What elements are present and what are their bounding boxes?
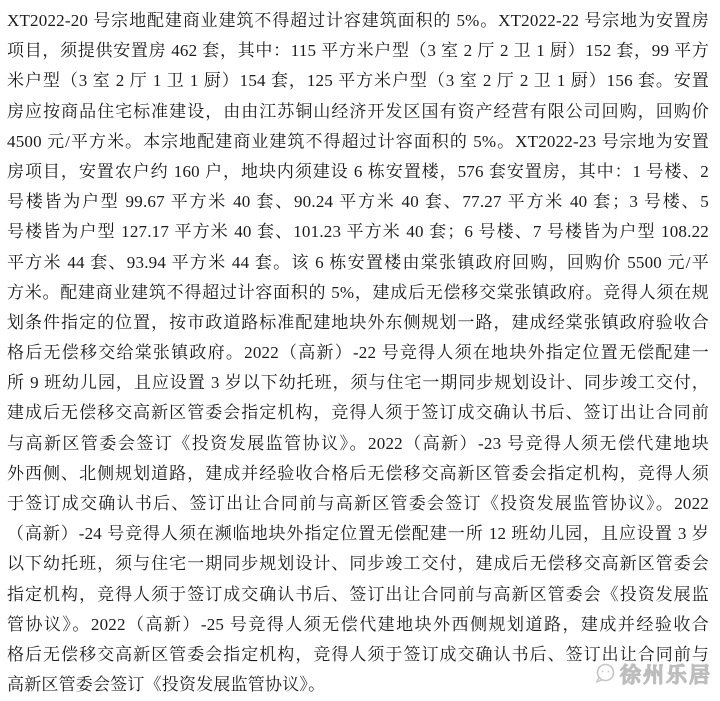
document-line: 项目，须提供安置房 462 套，其中：115 平方米户型（3 室 2 厅 2 卫… (7, 36, 709, 66)
document-body: XT2022-20 号宗地配建商业建筑不得超过计容建筑面积的 5%。XT2022… (7, 6, 709, 700)
document-line: 管协议》。2022（高新）-25 号竞得人须无偿代建地块外西侧规划道路，建成并经… (7, 610, 709, 640)
document-line: 房项目，安置农户约 160 户，地块内须建设 6 栋安置楼，576 套安置房，其… (7, 157, 709, 187)
document-line: 指定机构，竞得人须于签订成交确认书后、签订出让合同前与高新区管委会《投资发展监 (7, 580, 709, 610)
document-line: 与高新区管委会签订《投资发展监管协议》。2022（高新）-23 号竞得人须无偿代… (7, 429, 709, 459)
document-line: 格后无偿移交给棠张镇政府。2022（高新）-22 号竞得人须在地块外指定位置无偿… (7, 338, 709, 368)
document-line: 4500 元/平方米。本宗地配建商业建筑不得超过计容面积的 5%。XT2022-… (7, 127, 709, 157)
document-line: 于签订成交确认书后、签订出让合同前与高新区管委会签订《投资发展监管协议》。202… (7, 489, 709, 519)
document-line: 以下幼托班，须与住宅一期同步规划设计、同步竣工交付，建成后无偿移交高新区管委会 (7, 549, 709, 579)
document-line: 格后无偿移交高新区管委会指定机构，竞得人须于签订成交确认书后、签订出让合同前与 (7, 640, 709, 670)
document-line: 平方米 44 套、93.94 平方米 44 套。该 6 栋安置楼由棠张镇政府回购… (7, 248, 709, 278)
document-line: 房应按商品住宅标准建设，由由江苏铜山经济开发区国有资产经营有限公司回购，回购价 (7, 97, 709, 127)
document-line: 建成后无偿移交高新区管委会指定机构，竞得人须于签订成交确认书后、签订出让合同前 (7, 398, 709, 428)
document-line: 外西侧、北侧规划道路，建成并经验收合格后无偿移交高新区管委会指定机构，竞得人须 (7, 459, 709, 489)
document-line: 方米。配建商业建筑不得超过计容面积的 5%，建成后无偿移交棠张镇政府。竞得人须在… (7, 278, 709, 308)
document-line: 所 9 班幼儿园，且应设置 3 岁以下幼托班，须与住宅一期同步规划设计、同步竣工… (7, 368, 709, 398)
document-page: XT2022-20 号宗地配建商业建筑不得超过计容建筑面积的 5%。XT2022… (0, 0, 720, 701)
document-line: 高新区管委会签订《投资发展监管协议》。 (7, 670, 709, 700)
document-line: 划条件指定的位置，按市政道路标准配建地块外东侧规划一路，建成经棠张镇政府验收合 (7, 308, 709, 338)
document-line: （高新）-24 号竞得人须在濒临地块外指定位置无偿配建一所 12 班幼儿园，且应… (7, 519, 709, 549)
document-line: XT2022-20 号宗地配建商业建筑不得超过计容建筑面积的 5%。XT2022… (7, 6, 709, 36)
document-line: 米户型（3 室 2 厅 1 卫 1 厨）154 套，125 平方米户型（3 室 … (7, 66, 709, 96)
document-line: 号楼皆为户型 99.67 平方米 40 套、90.24 平方米 40 套、77.… (7, 187, 709, 217)
document-line: 号楼皆为户型 127.17 平方米 40 套、101.23 平方米 40 套；6… (7, 217, 709, 247)
